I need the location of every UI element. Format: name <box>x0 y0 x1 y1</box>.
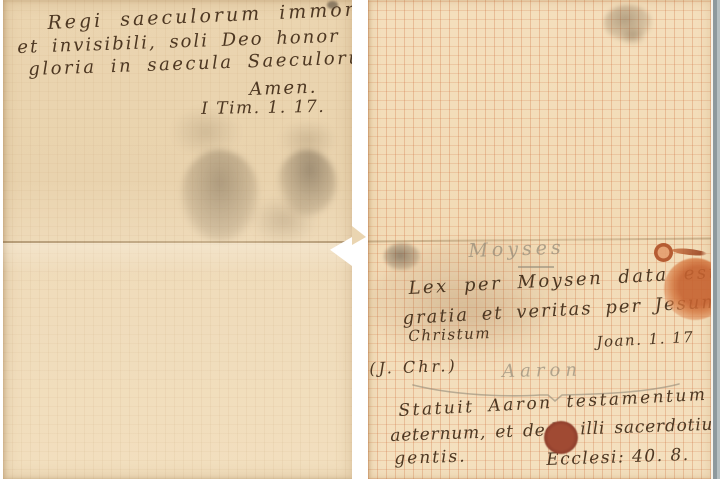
wax-smear <box>672 247 707 257</box>
ink-stain <box>384 243 420 270</box>
pencil-annotation: Moyses <box>468 237 565 262</box>
ink-stain <box>278 150 336 216</box>
ink-stain <box>251 196 317 244</box>
scripture-reference: I Tim. 1. 17. <box>201 97 325 119</box>
manuscript-scan: Regi saeculorum immortali et invisibili,… <box>0 0 720 479</box>
ink-stain <box>620 26 646 46</box>
left-manuscript-page: Regi saeculorum immortali et invisibili,… <box>3 0 352 479</box>
handwritten-line: Christum <box>408 324 491 345</box>
scan-edge-strip <box>711 0 720 479</box>
right-manuscript-page: Moyses Lex per Moysen data est, gratia e… <box>368 0 711 479</box>
ink-stain <box>279 120 337 160</box>
fold-highlight <box>3 243 352 273</box>
ink-label: (J. Chr.) <box>369 356 458 378</box>
ink-stain <box>604 5 652 41</box>
ink-stain <box>181 150 259 242</box>
pencil-annotation: Aaron <box>502 360 582 382</box>
wax-seal-small <box>654 243 673 262</box>
wax-seal-dark-red <box>544 421 578 454</box>
page-corner-flap <box>352 226 366 245</box>
scripture-reference: Joan. 1. 17 <box>596 328 695 351</box>
handwritten-line: gentis. <box>394 446 467 469</box>
underline-mark <box>518 266 554 268</box>
